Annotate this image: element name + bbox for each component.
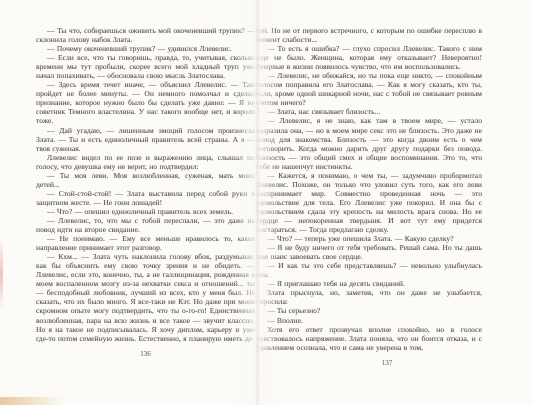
right-page: тей. Но не от первого встречного, с кото… <box>256 26 482 367</box>
paragraph: Хотя его ответ прозвучал вполне спокойно… <box>256 325 482 352</box>
paragraph: — Ты серьезно? <box>256 306 482 315</box>
paragraph: — Ллевелис, я не знаю, как там в твоем м… <box>256 116 482 170</box>
paragraph: Ллевелис видел по ее позе и выражению ли… <box>36 153 255 171</box>
book-photo: — Ты что, собираешься оживить мой окочен… <box>0 0 533 405</box>
paragraph: — Здесь время течет иначе, — объяснил Лл… <box>36 80 255 125</box>
paragraph: — Если все, что ты говоришь, правда, то,… <box>36 53 255 80</box>
paragraph: — И как ты это себе представляешь? — нев… <box>256 261 482 279</box>
paragraph: — Не понимаю. — Ему все меньше нравилось… <box>36 234 255 252</box>
right-page-number: 137 <box>274 359 500 367</box>
paragraph: Злата прыснула, но, заметив, что он даже… <box>256 288 482 306</box>
paragraph: — Я не буду ничего от тебя требовать. Ре… <box>256 243 482 261</box>
paragraph: — Вполне. <box>256 316 482 325</box>
paragraph: — Дай угадаю, — лишенным эмоций голосом … <box>36 126 255 153</box>
paragraph: — Почему окоченевший трупик? — удивился … <box>36 44 255 53</box>
paragraph: — Ллевелис, то, что мы с тобой переспали… <box>36 216 255 234</box>
paragraph: — Что? — теперь уже опешила Злата. — Как… <box>256 234 482 243</box>
paragraph: — Кхм... — Злата чуть наклонила голову в… <box>36 252 255 342</box>
paragraph: — Ты что, собираешься оживить мой окочен… <box>36 26 255 44</box>
book-cover-edge-pink <box>0 238 3 310</box>
paragraph: — Ты моя леви. Моя возлюбленная, суженая… <box>36 171 255 189</box>
left-page: — Ты что, собираешься оживить мой окочен… <box>36 26 255 358</box>
paragraph: — Злата, нас связывает близость... <box>256 107 482 116</box>
paragraph: — Что? — опешил единоличный правитель вс… <box>36 207 255 216</box>
paragraph: — Ллевелис, не обижайся, но ты пока еще … <box>256 71 482 107</box>
left-page-number: 136 <box>36 350 255 358</box>
right-page-text: тей. Но не от первого встречного, с кото… <box>256 26 482 352</box>
paragraph: — Я приглашаю тебя на десять свиданий. <box>256 279 482 288</box>
paragraph: тей. Но не от первого встречного, с кото… <box>256 26 482 44</box>
paragraph: — То есть я ошибка? — глухо спросил Ллев… <box>256 44 482 71</box>
paragraph: — Стой-стой-стой! — Злата выставила пере… <box>36 189 255 207</box>
book-cover-edge-tan <box>0 397 64 405</box>
paragraph: — Кажется, я понимаю, о чем ты, — задумч… <box>256 171 482 234</box>
left-page-text: — Ты что, собираешься оживить мой окочен… <box>36 26 255 343</box>
